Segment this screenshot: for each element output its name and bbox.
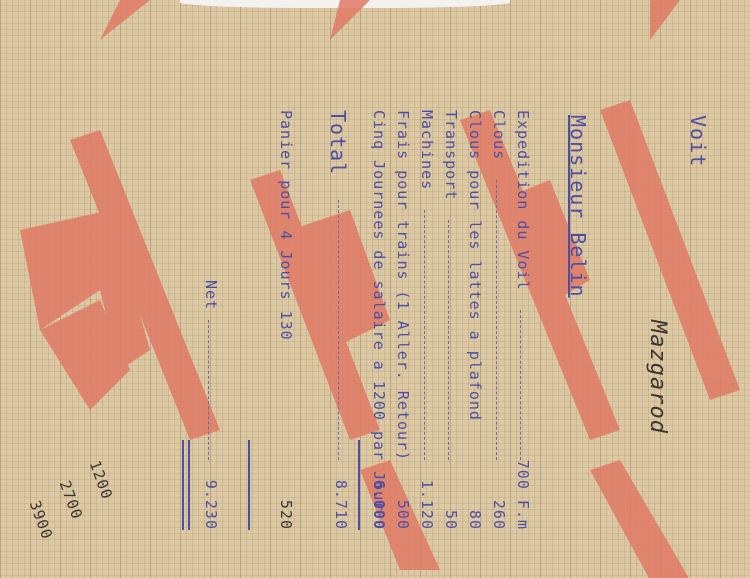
list-item: Expedition du Voil 700 F.m xyxy=(510,0,532,578)
list-item: Clous 260 xyxy=(486,0,508,578)
list-item: Clous pour les lattes a plafond 80 xyxy=(462,0,484,578)
signature: Mazgarod xyxy=(645,320,670,434)
list-item: Machines 1.120 xyxy=(414,0,436,578)
list-item: Frais pour trains (1 Aller. Retour) 500 xyxy=(390,0,412,578)
list-item: Transport 50 xyxy=(438,0,460,578)
panier-rule xyxy=(248,440,250,530)
total-row: Total 8.710 xyxy=(328,0,350,578)
net-rule-2 xyxy=(182,440,184,530)
rotated-invoice: Voit Monsieur Belin Mazgarod Expedition … xyxy=(0,0,750,578)
subtotal-rule xyxy=(358,440,360,530)
recipient: Monsieur Belin xyxy=(566,115,590,298)
net-row: Net 9.230 xyxy=(198,0,220,578)
net-rule-1 xyxy=(188,440,190,530)
panier-row: Panier pour 4 Jours 130 520 xyxy=(273,0,295,578)
list-item: Cinq Journees de salaire a 1200 par Jour… xyxy=(366,0,388,578)
heading: Voit xyxy=(686,115,710,167)
